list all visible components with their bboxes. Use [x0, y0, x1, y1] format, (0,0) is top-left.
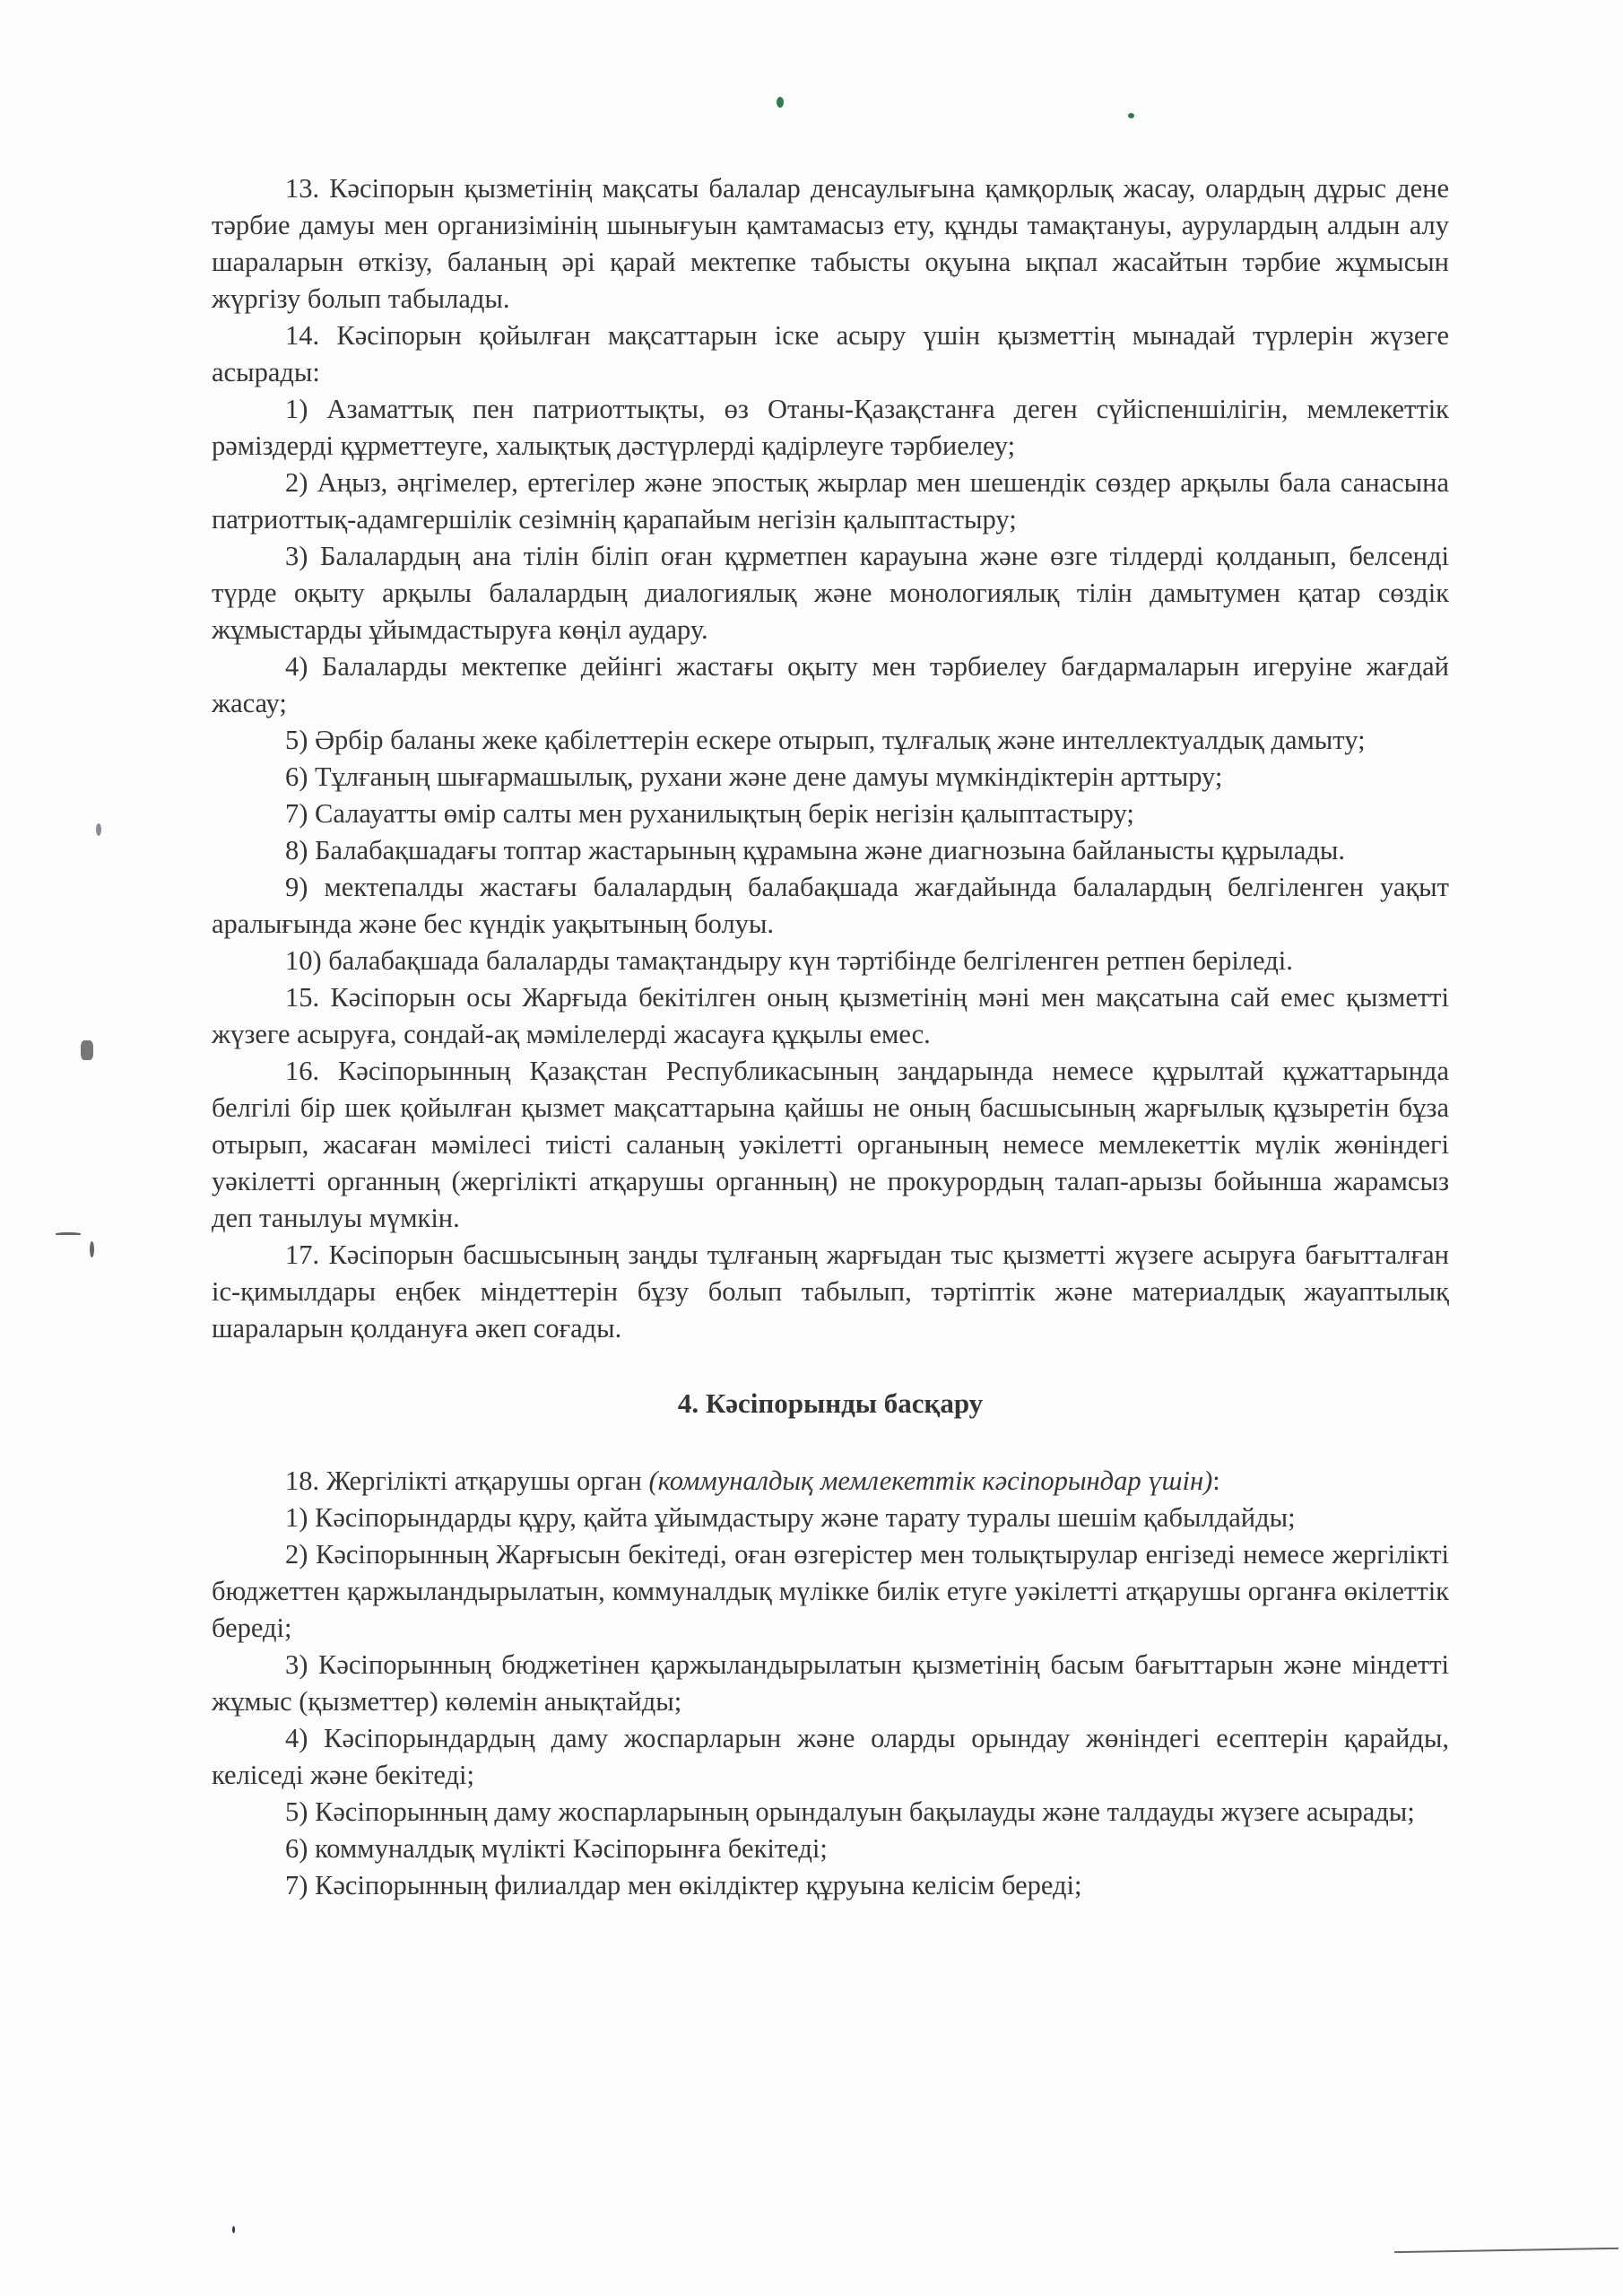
paragraph-18-italic-note: (коммуналдық мемлекеттік кәсіпорындар үш…: [648, 1465, 1212, 1496]
paragraph-18-intro: 18. Жергілікті атқарушы орган (коммуналд…: [212, 1463, 1449, 1500]
scan-edge-line: [1394, 2248, 1619, 2253]
list-item-18-7: 7) Кәсіпорынның филиалдар мен өкілдіктер…: [212, 1867, 1449, 1904]
paragraph-18-colon: :: [1212, 1465, 1219, 1496]
paragraph-15: 15. Кәсіпорын осы Жарғыда бекітілген оны…: [212, 979, 1449, 1053]
list-item-18-6: 6) коммуналдық мүлікті Кәсіпорынға бекіт…: [212, 1831, 1449, 1867]
paragraph-17: 17. Кәсіпорын басшысының заңды тұлғаның …: [212, 1237, 1449, 1347]
list-item-18-5: 5) Кәсіпорынның даму жоспарларының орынд…: [212, 1794, 1449, 1831]
scan-mark-green-top-right: [1128, 113, 1134, 118]
list-item-14-8: 8) Балабақшадағы топтар жастарының құрам…: [212, 832, 1449, 869]
scan-mark-left-1: [96, 823, 101, 836]
scan-mark-left-2: [81, 1040, 93, 1060]
list-item-14-6: 6) Тұлғаның шығармашылық, рухани және де…: [212, 759, 1449, 796]
list-item-18-4: 4) Кәсіпорындардың даму жоспарларын және…: [212, 1720, 1449, 1794]
paragraph-14: 14. Кәсіпорын қойылған мақсаттарын іске …: [212, 317, 1449, 391]
paragraph-16: 16. Кәсіпорынның Қазақстан Республикасын…: [212, 1053, 1449, 1237]
list-item-14-10: 10) балабақшада балаларды тамақтандыру к…: [212, 943, 1449, 979]
list-item-18-3: 3) Кәсіпорынның бюджетінен қаржыландырыл…: [212, 1647, 1449, 1720]
scan-mark-green-top-left: [777, 97, 784, 108]
list-item-18-1: 1) Кәсіпорындарды құру, қайта ұйымдастыр…: [212, 1500, 1449, 1536]
scan-mark-bottom-left: [232, 2226, 235, 2233]
list-item-14-4: 4) Балаларды мектепке дейінгі жастағы оқ…: [212, 648, 1449, 722]
list-item-14-2: 2) Аңыз, әңгімелер, ертегілер және эпост…: [212, 465, 1449, 538]
list-item-18-2: 2) Кәсіпорынның Жарғысын бекітеді, оған …: [212, 1536, 1449, 1647]
list-item-14-3: 3) Балалардың ана тілін біліп оған құрме…: [212, 538, 1449, 648]
document-body: 13. Кәсіпорын қызметінің мақсаты балалар…: [212, 170, 1449, 1904]
list-item-14-1: 1) Азаматтық пен патриоттықты, өз Отаны-…: [212, 391, 1449, 465]
section-heading: 4. Кәсіпорынды басқару: [212, 1385, 1449, 1422]
list-item-14-7: 7) Салауатты өмір салты мен руханилықтың…: [212, 796, 1449, 832]
scan-mark-left-4: [90, 1241, 94, 1257]
scan-mark-left-3: [56, 1232, 81, 1235]
paragraph-13: 13. Кәсіпорын қызметінің мақсаты балалар…: [212, 170, 1449, 317]
list-item-14-9: 9) мектепалды жастағы балалардың балабақ…: [212, 869, 1449, 943]
scanned-page: 13. Кәсіпорын қызметінің мақсаты балалар…: [0, 0, 1623, 2296]
paragraph-18-lead: 18. Жергілікті атқарушы орган: [285, 1465, 648, 1496]
list-item-14-5: 5) Әрбір баланы жеке қабілеттерін ескере…: [212, 722, 1449, 759]
